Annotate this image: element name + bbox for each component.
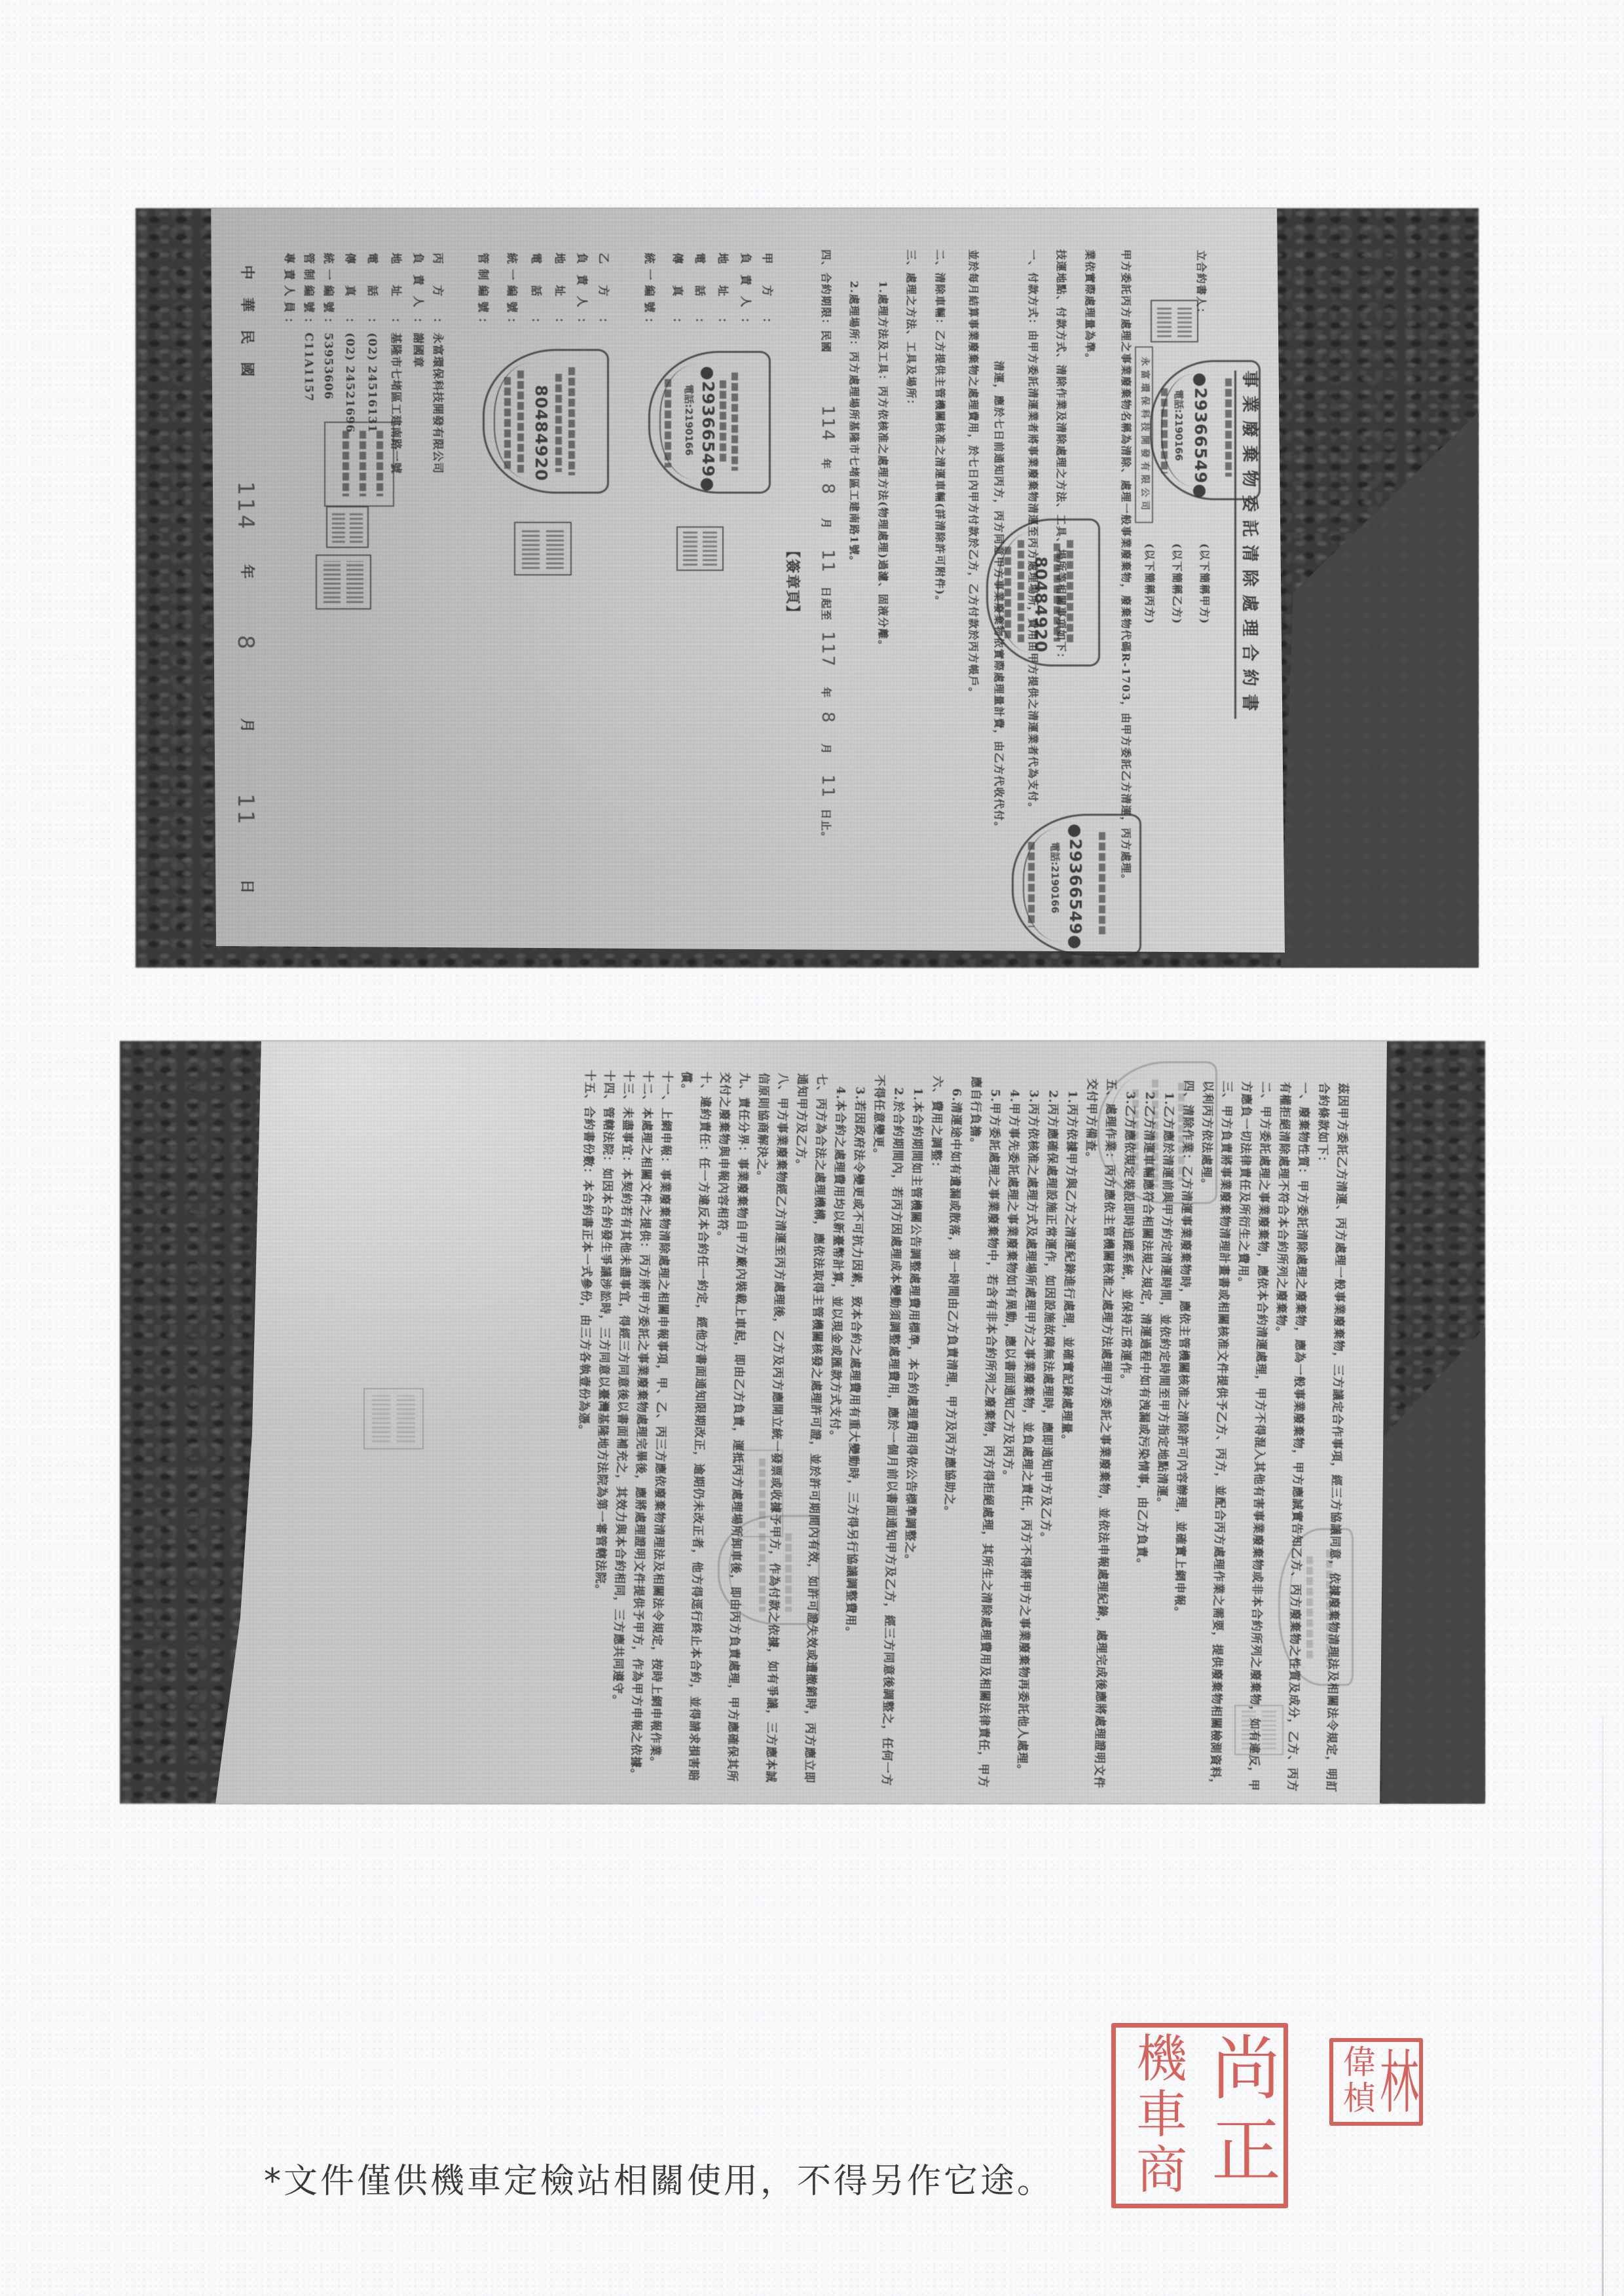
field-label: 地址： bbox=[716, 253, 728, 329]
field-label: 電話： bbox=[529, 253, 542, 329]
handwritten-end-day: 11 bbox=[818, 755, 838, 809]
field-value: 永富環保科技開發有限公司 bbox=[431, 329, 444, 474]
party-b-representative-line: 負責人： bbox=[575, 253, 587, 333]
field-label: 專責人員： bbox=[282, 253, 295, 329]
stamp-text-strip bbox=[1099, 832, 1105, 937]
stamp-text-strip bbox=[759, 1459, 766, 1528]
stamp-text-strip bbox=[360, 431, 366, 496]
stamp-text-strip bbox=[1326, 1550, 1333, 1667]
end-suffix: 日止。 bbox=[820, 809, 832, 843]
stamp-text-strip bbox=[1225, 378, 1232, 477]
party-c-company-stamp bbox=[324, 422, 394, 507]
stamp-text-strip bbox=[555, 374, 562, 472]
contract-period-line: 四、合約期限：民國114年8月11日起至117年8月11日止。 bbox=[820, 249, 834, 843]
field-value bbox=[693, 329, 706, 333]
faded-rect-stamp bbox=[739, 1449, 783, 1537]
seal-glyph bbox=[397, 1395, 415, 1442]
signature-page-label: 【簽章頁】 bbox=[784, 543, 800, 621]
seal-glyph bbox=[346, 561, 363, 603]
seal-glyph bbox=[1177, 305, 1192, 337]
date-day-unit: 日 bbox=[239, 879, 255, 895]
party-c-representative-line: 負責人：謝國章 bbox=[411, 253, 424, 368]
field-label: 統一編號： bbox=[505, 253, 517, 329]
year-unit: 年 bbox=[820, 687, 832, 699]
clause-processing-method: 1.處理方法及工具：丙方依核准之處理方法(物理處理)過濾、固液分離。 bbox=[877, 281, 889, 651]
seal-right-column: 尚正 bbox=[1202, 2032, 1278, 2196]
date-year-unit: 年 bbox=[239, 564, 255, 580]
field-value bbox=[716, 329, 729, 333]
faded-personal-seal bbox=[363, 1388, 424, 1449]
field-label: 傳真： bbox=[671, 253, 683, 329]
stamp-text-strip bbox=[342, 431, 349, 496]
stamp-text-strip bbox=[1005, 547, 1011, 638]
party-b-phone-line: 電話： bbox=[529, 253, 542, 333]
start-suffix: 日起至 bbox=[820, 587, 832, 621]
party-a-phone-line: 電話： bbox=[693, 253, 705, 333]
stamp-text-strip bbox=[377, 431, 383, 496]
stamp-text-strip bbox=[1018, 540, 1024, 645]
stamp-text-strip bbox=[1161, 388, 1168, 473]
faded-company-stamp bbox=[1098, 1061, 1217, 1204]
party-a-tax-id-line: 統一編號： bbox=[642, 253, 655, 333]
clause-line: 並於每月結算事業廢棄物之處理費用，於七日內甲方付款於乙方，乙方付款於丙方帳戶。 bbox=[967, 249, 979, 699]
party-a-fax-line: 傳真： bbox=[671, 253, 683, 333]
scanned-page: 事業廢棄物委託清除處理合約書 立合約書人： (以下簡稱甲方) (以下簡稱乙方) … bbox=[0, 0, 1624, 2296]
party-c-responsible-staff-line: 專責人員： bbox=[282, 253, 295, 333]
seal-glyph bbox=[1242, 1711, 1257, 1749]
seal-glyph bbox=[1157, 305, 1172, 337]
party-b-control-number-line: 管制編號： bbox=[476, 253, 489, 333]
party-c-reference: (以下簡稱丙方) bbox=[1143, 543, 1155, 625]
seal-glyph bbox=[1262, 1711, 1277, 1749]
handwritten-day: 11 bbox=[236, 793, 255, 827]
shop-red-seal: 尚正 機車商 bbox=[1111, 2023, 1288, 2208]
party-b-name-line: 乙方： bbox=[597, 253, 609, 333]
clause-line: 業依實際處理量為準。 bbox=[1084, 249, 1096, 365]
seal-glyph bbox=[703, 532, 717, 565]
party-a-personal-seal bbox=[676, 526, 724, 571]
faded-personal-seal bbox=[1234, 1705, 1283, 1755]
party-a-reference: (以下簡稱甲方) bbox=[1198, 543, 1210, 625]
party-c-name-line: 丙方：永富環保科技開發有限公司 bbox=[431, 253, 443, 474]
handwritten-start-year: 114 bbox=[818, 353, 838, 458]
field-label: 乙方： bbox=[597, 253, 609, 329]
stamp-tax-id: ●29366549● bbox=[699, 366, 717, 492]
field-label: 統一編號： bbox=[642, 253, 655, 329]
clause-line: 甲方委託丙方處理之事業廢棄物名稱為清除、處理一般事業廢棄物，廢棄物代碼R-170… bbox=[1120, 249, 1132, 886]
signatory-personal-seal bbox=[1151, 300, 1198, 342]
handwritten-start-day: 11 bbox=[818, 530, 838, 587]
stamp-text-strip bbox=[665, 379, 671, 467]
party-c-representative-seal bbox=[326, 506, 369, 548]
clause-processing: 三、處理之方法、工具及場所： bbox=[905, 249, 917, 410]
stamp-text-strip bbox=[1178, 1083, 1185, 1181]
field-value bbox=[553, 329, 566, 333]
stamp-tax-id: ●29366549● bbox=[1066, 824, 1084, 950]
stamp-text-strip bbox=[568, 367, 575, 475]
date-month-unit: 月 bbox=[239, 718, 255, 734]
faded-company-stamp bbox=[1278, 1528, 1354, 1686]
party-b-company-stamp-clause: 80484920 bbox=[986, 519, 1100, 666]
field-value bbox=[529, 329, 542, 333]
seal-glyph bbox=[332, 511, 345, 543]
personal-red-seal: 林 偉楨 bbox=[1329, 2038, 1423, 2126]
field-value: C11A1157 bbox=[302, 329, 315, 402]
party-a-name-line: 甲方： bbox=[760, 253, 773, 333]
field-value bbox=[282, 329, 295, 333]
stamp-text-strip bbox=[1054, 543, 1060, 642]
stamp-tax-id: 80484920 bbox=[532, 385, 550, 481]
party-a-representative-line: 負責人： bbox=[739, 253, 751, 333]
field-label: 負責人： bbox=[739, 253, 751, 329]
party-a-company-stamp-header: ●29366549● 電話:2190166 bbox=[1150, 360, 1261, 500]
seal-left-column: 偉楨 bbox=[1337, 2045, 1376, 2117]
seal-glyph bbox=[522, 528, 540, 569]
field-value bbox=[642, 329, 655, 333]
field-value bbox=[476, 329, 489, 333]
field-label: 負責人： bbox=[575, 253, 587, 329]
field-value bbox=[739, 329, 752, 333]
date-era: 中華民國 bbox=[239, 265, 255, 376]
seal-right-column: 林 bbox=[1376, 2046, 1416, 2115]
party-c-control-number-line: 管制編號：C11A1157 bbox=[302, 253, 314, 402]
handwritten-month: 8 bbox=[236, 635, 255, 652]
field-label: 電話： bbox=[693, 253, 705, 329]
field-label: 管制編號： bbox=[302, 253, 314, 329]
field-value: 53953606 bbox=[322, 329, 335, 400]
stamp-tax-id: 80484920 bbox=[1031, 556, 1050, 653]
field-value bbox=[505, 329, 518, 333]
party-b-reference: (以下簡稱乙方) bbox=[1171, 543, 1183, 625]
stamp-phone: 電話:2190166 bbox=[1049, 842, 1060, 913]
stamp-phone: 電話:2190166 bbox=[1173, 390, 1184, 461]
seal-glyph bbox=[323, 561, 341, 603]
party-c-phone-line: 電話：(02) 24516131 bbox=[365, 253, 378, 433]
handwritten-year: 114 bbox=[236, 481, 255, 532]
field-label: 地址： bbox=[389, 253, 401, 329]
field-value: 謝國章 bbox=[411, 329, 424, 368]
handwritten-end-month: 8 bbox=[818, 699, 838, 744]
clause-vehicles: 二、清除車輛：乙方提供主管機關核准之清運車輛(詳清除許可附件)。 bbox=[934, 249, 946, 607]
stamp-text-strip bbox=[1152, 1080, 1158, 1188]
field-label: 負責人： bbox=[411, 253, 424, 329]
handwritten-start-month: 8 bbox=[818, 470, 838, 519]
field-label: 統一編號： bbox=[322, 253, 334, 329]
era-label: 中華民國 bbox=[239, 265, 255, 376]
month-unit: 月 bbox=[820, 518, 832, 530]
field-label: 地址： bbox=[553, 253, 565, 329]
stamp-text-strip bbox=[1067, 540, 1073, 645]
field-value: (02) 24516131 bbox=[365, 329, 378, 433]
stamp-text-strip bbox=[1306, 1556, 1313, 1661]
month-unit: 月 bbox=[820, 744, 832, 756]
field-label: 傳真： bbox=[343, 253, 356, 329]
field-label: 甲方： bbox=[760, 253, 773, 329]
year-unit: 年 bbox=[820, 458, 832, 470]
seal-glyph bbox=[683, 532, 697, 565]
field-label: 電話： bbox=[365, 253, 378, 329]
stamp-text-strip bbox=[759, 1533, 766, 1612]
party-b-company-stamp: 80484920 bbox=[483, 349, 609, 494]
field-label: 丙方： bbox=[431, 253, 443, 329]
party-b-address-line: 地址： bbox=[553, 253, 565, 333]
clause-processing-site: 2.處理場所：丙方處理場所基隆市七堵區工建南路1號。 bbox=[848, 281, 860, 567]
scanner-edge-line bbox=[1602, 1715, 1604, 2296]
field-value bbox=[760, 329, 773, 333]
field-value bbox=[575, 329, 588, 333]
stamp-text-strip bbox=[1132, 1089, 1139, 1175]
party-c-tax-id-line: 統一編號：53953606 bbox=[322, 253, 334, 400]
stamp-text-strip bbox=[504, 377, 511, 469]
seal-left-column: 機車商 bbox=[1121, 2032, 1193, 2198]
stamp-text-strip bbox=[720, 380, 726, 463]
party-b-tax-id-line: 統一編號： bbox=[505, 253, 517, 333]
seal-glyph bbox=[546, 528, 564, 569]
party-a-address-line: 地址： bbox=[716, 253, 728, 333]
stamp-phone: 電話:2190166 bbox=[683, 384, 694, 456]
field-value bbox=[597, 329, 610, 333]
stamp-text-strip bbox=[1028, 842, 1035, 927]
field-value bbox=[671, 329, 684, 333]
handwritten-end-year: 117 bbox=[818, 621, 838, 687]
field-label: 管制編號： bbox=[476, 253, 489, 329]
seal-glyph bbox=[350, 511, 363, 543]
stamp-tax-id: ●29366549● bbox=[1191, 373, 1209, 499]
period-label: 四、合約期限：民國 bbox=[820, 249, 832, 353]
party-c-staff-seal bbox=[316, 555, 371, 610]
party-a-company-stamp-clause: ●29366549● 電話:2190166 bbox=[1012, 814, 1141, 956]
party-b-personal-seal bbox=[514, 522, 572, 575]
field-value: (02) 24521696 bbox=[343, 329, 356, 433]
party-c-fax-line: 傳真：(02) 24521696 bbox=[343, 253, 356, 433]
stamp-text-strip bbox=[731, 373, 738, 471]
seal-glyph bbox=[372, 1395, 390, 1442]
usage-restriction-note: *文件僅供機車定檢站相關使用，不得另作它途。 bbox=[264, 2158, 1054, 2205]
stamp-text-strip bbox=[517, 371, 524, 475]
party-a-company-stamp: ●29366549● 電話:2190166 bbox=[648, 351, 771, 494]
stamp-text-strip bbox=[785, 1533, 792, 1612]
